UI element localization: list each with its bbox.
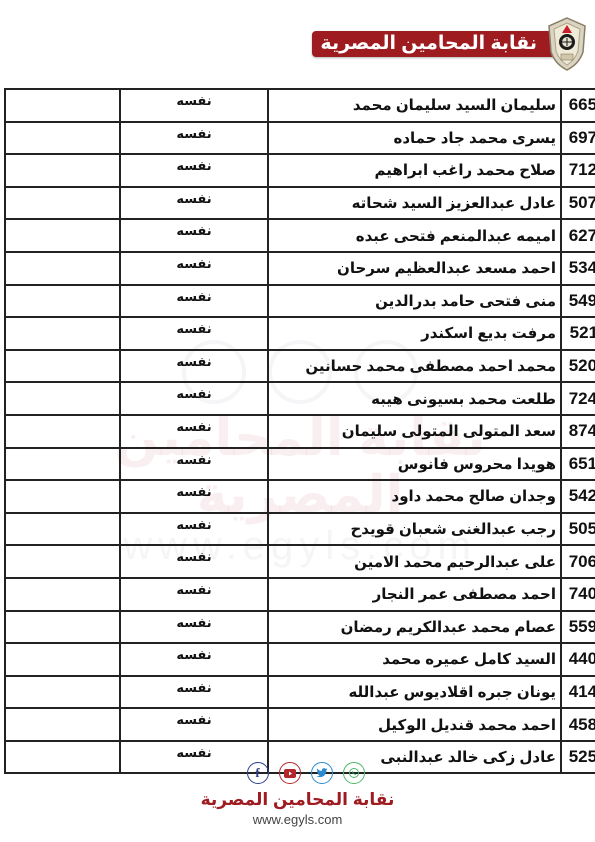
membership-number-cell: 70601 <box>561 545 595 578</box>
name-cell: صلاح محمد راغب ابراهيم <box>268 154 561 187</box>
empty-cell <box>5 382 120 415</box>
youtube-play-icon <box>284 769 296 778</box>
membership-number-cell: 65121 <box>561 448 595 481</box>
footer-website-link[interactable]: www.egyls.com <box>0 812 595 827</box>
status-cell: نفسه <box>120 154 268 187</box>
members-table-body: نفسهسليمان السيد سليمان محمد66524نفسهيسر… <box>5 89 595 773</box>
membership-number-cell: 69702 <box>561 122 595 155</box>
facebook-glyph: f <box>255 765 259 781</box>
table-row: نفسههويدا محروس فانوس65121 <box>5 448 595 481</box>
status-cell: نفسه <box>120 89 268 122</box>
table-row: نفسهرجب عبدالغنى شعبان قويدح50546 <box>5 513 595 546</box>
name-cell: مرفت بديع اسكندر <box>268 317 561 350</box>
empty-cell <box>5 545 120 578</box>
name-cell: طلعت محمد بسيونى هيبه <box>268 382 561 415</box>
name-cell: هويدا محروس فانوس <box>268 448 561 481</box>
name-cell: احمد محمد قنديل الوكيل <box>268 708 561 741</box>
name-cell: سليمان السيد سليمان محمد <box>268 89 561 122</box>
empty-cell <box>5 415 120 448</box>
membership-number-cell: 66524 <box>561 89 595 122</box>
membership-number-cell: 52058 <box>561 350 595 383</box>
membership-number-cell: 62776 <box>561 219 595 252</box>
empty-cell <box>5 676 120 709</box>
membership-number-cell: 55992 <box>561 611 595 644</box>
name-cell: يونان جبره اقلاديوس عبدالله <box>268 676 561 709</box>
name-cell: السيد كامل عميره محمد <box>268 643 561 676</box>
name-cell: عصام محمد عبدالكريم رمضان <box>268 611 561 644</box>
empty-cell <box>5 187 120 220</box>
membership-number-cell: 52113 <box>561 317 595 350</box>
status-cell: نفسه <box>120 252 268 285</box>
empty-cell <box>5 578 120 611</box>
membership-number-cell: 44023 <box>561 643 595 676</box>
table-row: نفسهاحمد مصطفى عمر النجار74051 <box>5 578 595 611</box>
status-cell: نفسه <box>120 317 268 350</box>
membership-number-cell: 50733 <box>561 187 595 220</box>
status-cell: نفسه <box>120 350 268 383</box>
status-cell: نفسه <box>120 676 268 709</box>
twitter-bird-icon <box>316 768 328 778</box>
status-cell: نفسه <box>120 122 268 155</box>
footer: f نقابة المحامين المصرية www.egyls.com <box>0 762 595 827</box>
table-row: نفسهمحمد احمد مصطفى محمد حسانين52058 <box>5 350 595 383</box>
social-links: f <box>16 762 595 784</box>
empty-cell <box>5 252 120 285</box>
facebook-icon[interactable]: f <box>247 762 269 784</box>
twitter-icon[interactable] <box>311 762 333 784</box>
membership-number-cell: 54272 <box>561 480 595 513</box>
table-row: نفسهعصام محمد عبدالكريم رمضان55992 <box>5 611 595 644</box>
table-row: نفسهاحمد مسعد عبدالعظيم سرحان53467 <box>5 252 595 285</box>
empty-cell <box>5 350 120 383</box>
name-cell: عادل عبدالعزيز السيد شحاته <box>268 187 561 220</box>
empty-cell <box>5 89 120 122</box>
empty-cell <box>5 448 120 481</box>
name-cell: محمد احمد مصطفى محمد حسانين <box>268 350 561 383</box>
empty-cell <box>5 643 120 676</box>
status-cell: نفسه <box>120 219 268 252</box>
table-row: نفسهصلاح محمد راغب ابراهيم71233 <box>5 154 595 187</box>
membership-number-cell: 50546 <box>561 513 595 546</box>
table-row: نفسهسليمان السيد سليمان محمد66524 <box>5 89 595 122</box>
table-row: نفسهطلعت محمد بسيونى هيبه72430 <box>5 382 595 415</box>
name-cell: منى فتحى حامد بدرالدين <box>268 285 561 318</box>
status-cell: نفسه <box>120 415 268 448</box>
table-row: نفسهعلى عبدالرحيم محمد الامين70601 <box>5 545 595 578</box>
membership-number-cell: 87412 <box>561 415 595 448</box>
empty-cell <box>5 285 120 318</box>
table-row: نفسهاميمه عبدالمنعم فتحى عبده62776 <box>5 219 595 252</box>
table-row: نفسهوجدان صالح محمد داود54272 <box>5 480 595 513</box>
membership-number-cell: 72430 <box>561 382 595 415</box>
organization-banner: نقابة المحامين المصرية <box>312 31 563 57</box>
status-cell: نفسه <box>120 643 268 676</box>
status-cell: نفسه <box>120 448 268 481</box>
empty-cell <box>5 317 120 350</box>
empty-cell <box>5 708 120 741</box>
name-cell: رجب عبدالغنى شعبان قويدح <box>268 513 561 546</box>
whatsapp-icon[interactable] <box>343 762 365 784</box>
header-logo: نقابة المحامين المصرية <box>312 14 589 74</box>
empty-cell <box>5 611 120 644</box>
status-cell: نفسه <box>120 285 268 318</box>
whatsapp-phone-icon <box>348 767 360 779</box>
membership-number-cell: 74051 <box>561 578 595 611</box>
membership-number-cell: 41455 <box>561 676 595 709</box>
empty-cell <box>5 154 120 187</box>
table-row: نفسهالسيد كامل عميره محمد44023 <box>5 643 595 676</box>
status-cell: نفسه <box>120 187 268 220</box>
table-row: نفسهيسرى محمد جاد حماده69702 <box>5 122 595 155</box>
status-cell: نفسه <box>120 611 268 644</box>
status-cell: نفسه <box>120 578 268 611</box>
membership-number-cell: 71233 <box>561 154 595 187</box>
empty-cell <box>5 513 120 546</box>
table-row: نفسهعادل عبدالعزيز السيد شحاته50733 <box>5 187 595 220</box>
status-cell: نفسه <box>120 708 268 741</box>
table-row: نفسهيونان جبره اقلاديوس عبدالله41455 <box>5 676 595 709</box>
empty-cell <box>5 480 120 513</box>
table-row: نفسهمرفت بديع اسكندر52113 <box>5 317 595 350</box>
name-cell: على عبدالرحيم محمد الامين <box>268 545 561 578</box>
name-cell: سعد المتولى المتولى سليمان <box>268 415 561 448</box>
footer-organization-name: نقابة المحامين المصرية <box>0 790 595 810</box>
table-row: نفسهمنى فتحى حامد بدرالدين54944 <box>5 285 595 318</box>
membership-number-cell: 53467 <box>561 252 595 285</box>
lawyers-syndicate-shield-icon <box>545 16 589 72</box>
status-cell: نفسه <box>120 382 268 415</box>
membership-number-cell: 45834 <box>561 708 595 741</box>
status-cell: نفسه <box>120 480 268 513</box>
name-cell: يسرى محمد جاد حماده <box>268 122 561 155</box>
status-cell: نفسه <box>120 545 268 578</box>
table-row: نفسهسعد المتولى المتولى سليمان87412 <box>5 415 595 448</box>
table-row: نفسهاحمد محمد قنديل الوكيل45834 <box>5 708 595 741</box>
members-table: نفسهسليمان السيد سليمان محمد66524نفسهيسر… <box>4 88 595 774</box>
status-cell: نفسه <box>120 513 268 546</box>
youtube-icon[interactable] <box>279 762 301 784</box>
name-cell: اميمه عبدالمنعم فتحى عبده <box>268 219 561 252</box>
name-cell: وجدان صالح محمد داود <box>268 480 561 513</box>
empty-cell <box>5 219 120 252</box>
name-cell: احمد مسعد عبدالعظيم سرحان <box>268 252 561 285</box>
membership-number-cell: 54944 <box>561 285 595 318</box>
empty-cell <box>5 122 120 155</box>
name-cell: احمد مصطفى عمر النجار <box>268 578 561 611</box>
